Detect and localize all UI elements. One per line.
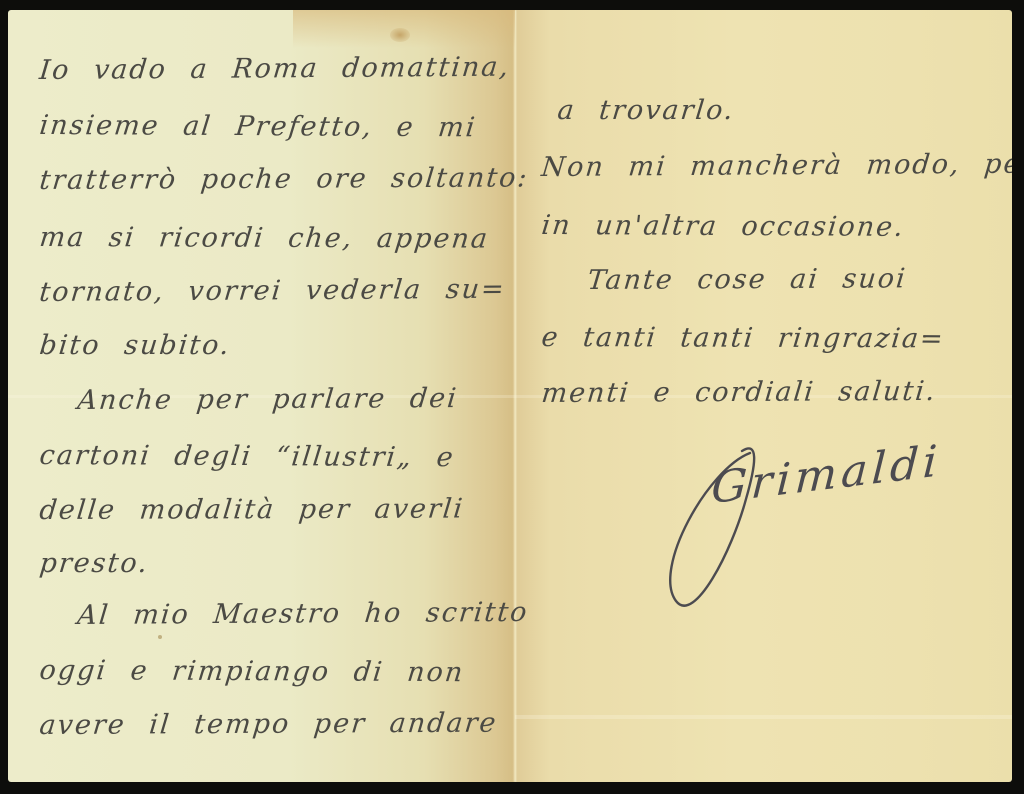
handwritten-line: presto. bbox=[38, 548, 151, 579]
handwritten-line: cartoni degli “illustri„ e bbox=[38, 440, 456, 473]
handwritten-line: Non mi mancherà modo, però, bbox=[540, 148, 1012, 183]
handwritten-line: e tanti tanti ringrazia= bbox=[540, 322, 946, 354]
paper-stain bbox=[390, 28, 410, 42]
handwritten-line: tratterrò poche ore soltanto: bbox=[38, 162, 530, 196]
handwritten-line: Io vado a Roma domattina, bbox=[38, 52, 512, 86]
letter-sheet: Io vado a Roma domattina, insieme al Pre… bbox=[8, 10, 1012, 782]
handwritten-line: Tante cose ai suoi bbox=[586, 263, 908, 296]
handwritten-line: Anche per parlare dei bbox=[76, 383, 459, 416]
handwritten-line: avere il tempo per andare bbox=[38, 708, 499, 741]
handwritten-line: bito subito. bbox=[38, 330, 232, 361]
black-frame: Io vado a Roma domattina, insieme al Pre… bbox=[0, 0, 1024, 794]
signature: Grimaldi bbox=[638, 435, 968, 625]
paper-speck bbox=[158, 635, 162, 639]
handwritten-line: menti e cordiali saluti. bbox=[540, 376, 938, 409]
handwritten-line: a trovarlo. bbox=[556, 95, 736, 126]
handwritten-line: tornato, vorrei vederla su= bbox=[38, 274, 507, 308]
handwritten-line: insieme al Prefetto, e mi bbox=[38, 110, 478, 143]
handwritten-line: in un'altra occasione. bbox=[540, 210, 906, 243]
handwritten-line: oggi e rimpiango di non bbox=[38, 655, 466, 688]
handwritten-line: Al mio Maestro ho scritto bbox=[76, 597, 530, 631]
handwritten-line: delle modalità per averli bbox=[38, 494, 466, 526]
handwritten-line: ma si ricordi che, appena bbox=[38, 222, 491, 255]
horizontal-fold-line bbox=[515, 715, 1012, 719]
